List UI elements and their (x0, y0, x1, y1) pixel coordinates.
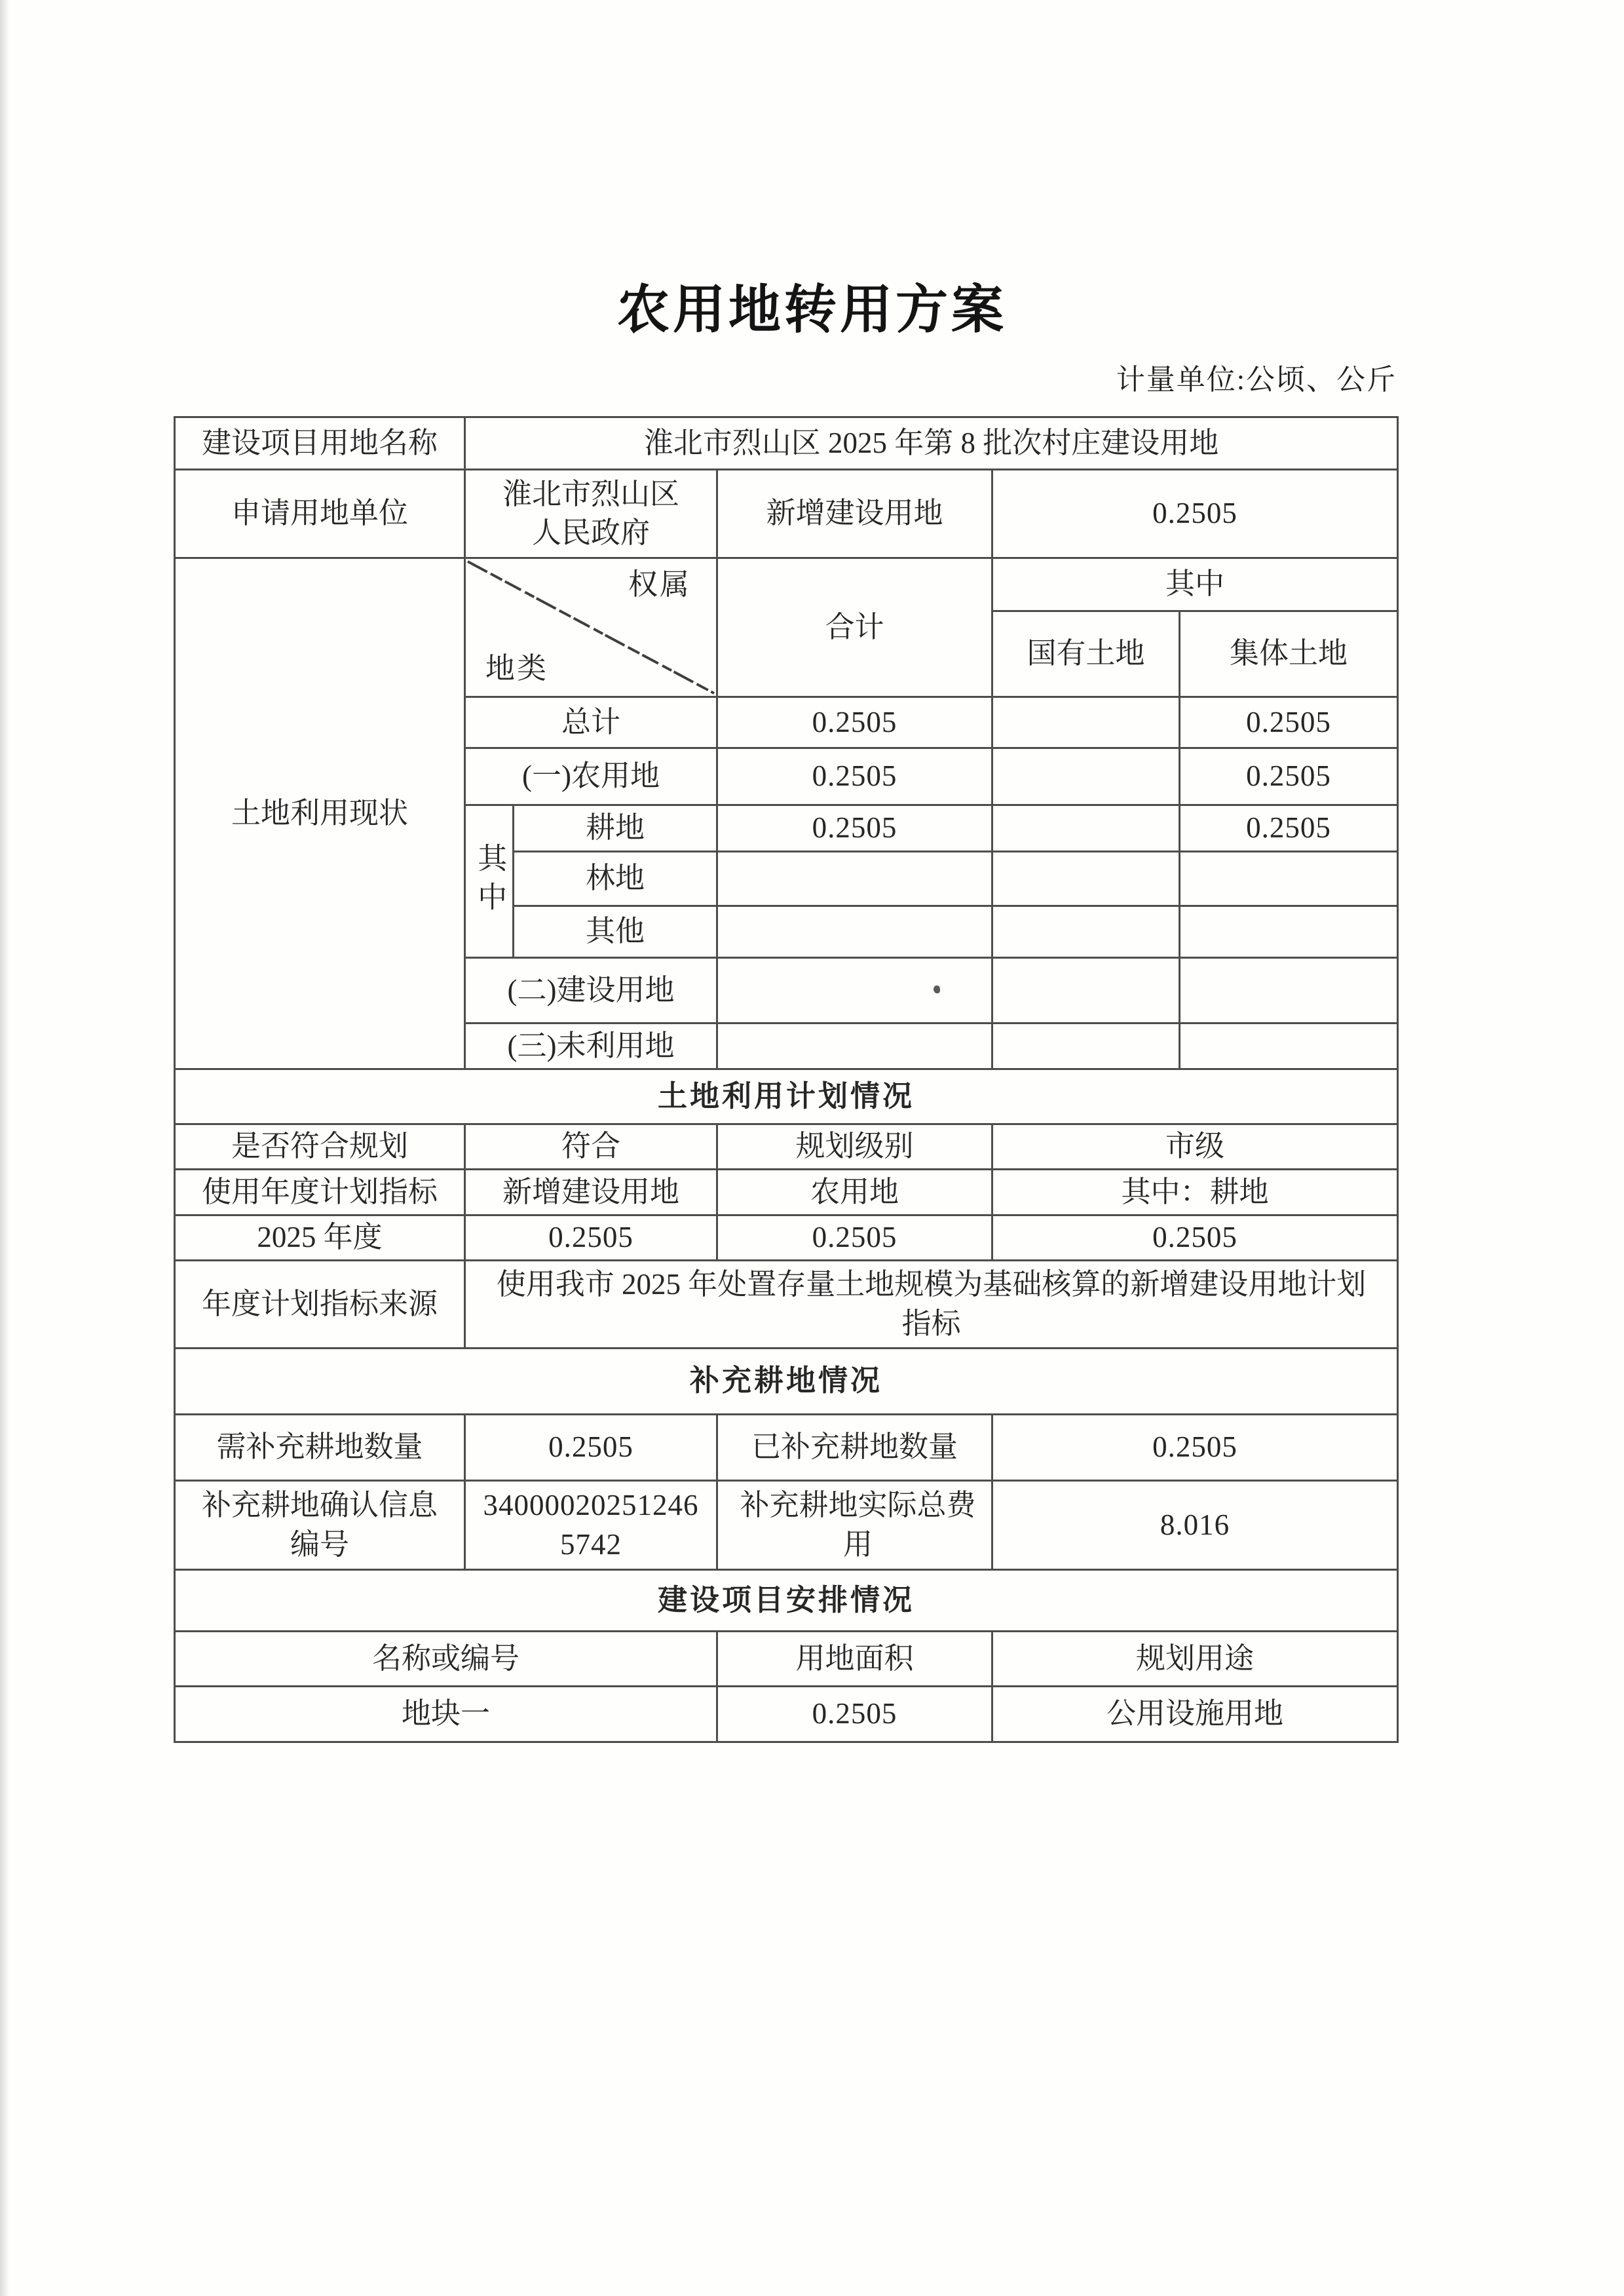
unused-total-value (717, 1024, 992, 1069)
row-unused-label: (三)未利用地 (465, 1024, 717, 1069)
grand-total-state-value (992, 697, 1180, 748)
confirmation-number-value: 34000020251246 5742 (465, 1481, 717, 1570)
cultivated-total-value: 0.2505 (717, 805, 992, 852)
state-land-column-header: 国有土地 (992, 611, 1180, 697)
row-construction-label: (二)建设用地 (465, 958, 717, 1024)
applicant-label: 申请用地单位 (175, 470, 465, 558)
total-column-header: 合计 (717, 558, 992, 697)
required-supplement-value: 0.2505 (465, 1415, 717, 1481)
year-2025-col2: 0.2505 (717, 1215, 992, 1261)
annual-index-label: 使用年度计划指标 (175, 1170, 465, 1215)
scanned-document-page: 农用地转用方案 计量单位:公顷、公斤 建设项目用地名称 淮北市烈山区 2025 … (0, 0, 1624, 2296)
diagonal-header-cell: 权属 地类 (465, 558, 717, 697)
grand-total-value: 0.2505 (717, 697, 992, 748)
measurement-unit-note: 计量单位:公顷、公斤 (1116, 356, 1397, 398)
year-2025-label: 2025 年度 (175, 1215, 465, 1261)
other-state-value (992, 906, 1180, 958)
diagonal-label-ownership: 权属 (628, 565, 691, 604)
project-col-use-header: 规划用途 (992, 1632, 1398, 1687)
cultivated-collective-value: 0.2505 (1180, 805, 1398, 852)
collective-land-column-header: 集体土地 (1180, 611, 1398, 697)
actual-cost-label: 补充耕地实际总费 用 (717, 1481, 992, 1570)
row-other-label: 其他 (514, 906, 717, 958)
forest-total-value (717, 852, 992, 906)
forest-collective-value (1180, 852, 1398, 906)
confirmation-number-label: 补充耕地确认信息 编号 (175, 1481, 465, 1570)
annual-index-col1: 新增建设用地 (465, 1170, 717, 1215)
row-forest-label: 林地 (514, 852, 717, 906)
forest-state-value (992, 852, 1180, 906)
year-2025-col1: 0.2505 (465, 1215, 717, 1261)
annual-index-col3: 其中：耕地 (992, 1170, 1398, 1215)
year-2025-col3: 0.2505 (992, 1215, 1398, 1261)
supplement-section-header: 补充耕地情况 (175, 1349, 1398, 1415)
land-conversion-form-table: 建设项目用地名称 淮北市烈山区 2025 年第 8 批次村庄建设用地 申请用地单… (174, 416, 1399, 1743)
row-cultivated-label: 耕地 (514, 805, 717, 852)
project-name-value: 淮北市烈山区 2025 年第 8 批次村庄建设用地 (465, 417, 1398, 470)
ink-dot (934, 985, 940, 993)
compliance-label: 是否符合规划 (175, 1124, 465, 1170)
row-grand-total-label: 总计 (465, 697, 717, 748)
agricultural-state-value (992, 748, 1180, 805)
agricultural-collective-value: 0.2505 (1180, 748, 1398, 805)
unused-collective-value (1180, 1024, 1398, 1069)
project-name-label: 建设项目用地名称 (175, 417, 465, 470)
parcel-name-value: 地块一 (175, 1687, 717, 1742)
unused-state-value (992, 1024, 1180, 1069)
plan-section-header: 土地利用计划情况 (175, 1069, 1398, 1124)
index-source-value: 使用我市 2025 年处置存量土地规模为基础核算的新增建设用地计划 指标 (465, 1261, 1398, 1349)
applicant-value: 淮北市烈山区 人民政府 (465, 470, 717, 558)
project-col-name-header: 名称或编号 (175, 1632, 717, 1687)
row-agricultural-label: (一)农用地 (465, 748, 717, 805)
parcel-use-value: 公用设施用地 (992, 1687, 1398, 1742)
current-use-section-label: 土地利用现状 (175, 558, 465, 1069)
annual-index-col2: 农用地 (717, 1170, 992, 1215)
among-column-header: 其中 (992, 558, 1398, 611)
plan-level-value: 市级 (992, 1124, 1398, 1170)
construction-total-value (717, 958, 992, 1024)
other-total-value (717, 906, 992, 958)
subgroup-among-label: 其中 (465, 805, 514, 958)
project-section-header: 建设项目安排情况 (175, 1570, 1398, 1632)
diagonal-label-landtype: 地类 (485, 649, 548, 688)
completed-supplement-value: 0.2505 (992, 1415, 1398, 1481)
construction-collective-value (1180, 958, 1398, 1024)
parcel-area-value: 0.2505 (717, 1687, 992, 1742)
completed-supplement-label: 已补充耕地数量 (717, 1415, 992, 1481)
cultivated-state-value (992, 805, 1180, 852)
required-supplement-label: 需补充耕地数量 (175, 1415, 465, 1481)
scan-edge-shadow (0, 0, 9, 2296)
new-construction-label: 新增建设用地 (717, 470, 992, 558)
other-collective-value (1180, 906, 1398, 958)
compliance-value: 符合 (465, 1124, 717, 1170)
plan-level-label: 规划级别 (717, 1124, 992, 1170)
index-source-label: 年度计划指标来源 (175, 1261, 465, 1349)
new-construction-value: 0.2505 (992, 470, 1398, 558)
document-title: 农用地转用方案 (0, 267, 1624, 343)
actual-cost-value: 8.016 (992, 1481, 1398, 1570)
project-col-area-header: 用地面积 (717, 1632, 992, 1687)
grand-total-collective-value: 0.2505 (1180, 697, 1398, 748)
construction-state-value (992, 958, 1180, 1024)
agricultural-total-value: 0.2505 (717, 748, 992, 805)
